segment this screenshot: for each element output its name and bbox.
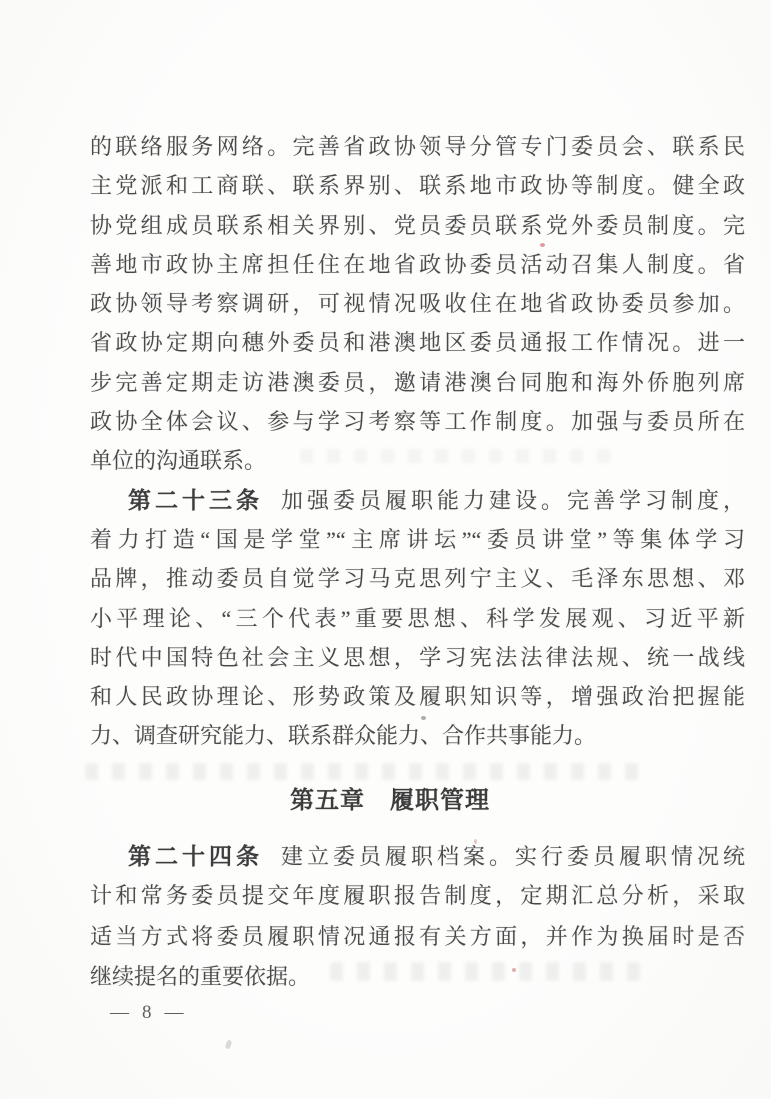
text-line: 善地市政协主席担任住在地省政协委员活动召集人制度。省: [90, 245, 745, 284]
article-23-number: 第二十三条: [128, 487, 263, 513]
chapter-heading: 第五章 履职管理: [70, 780, 710, 815]
paragraph-end-line: 单位的沟通联系。: [90, 441, 745, 480]
text-line: 计和常务委员提交年度履职报告制度，定期汇总分析，采取: [90, 876, 745, 916]
footer-dash-left: —: [110, 1002, 129, 1024]
text-line: 的联络服务网络。完善省政协领导分管专门委员会、联系民: [90, 127, 745, 166]
text-line: 步完善定期走访港澳委员，邀请港澳台同胞和海外侨胞列席: [90, 363, 745, 402]
page-footer: — 8 —: [110, 1002, 184, 1024]
text-line: 政协领导考察调研，可视情况吸收住在地省政协委员参加。: [90, 284, 745, 323]
scanned-document-page: 的联络服务网络。完善省政协领导分管专门委员会、联系民 主党派和工商联、联系界别、…: [0, 0, 771, 1099]
text-line: 时代中国特色社会主义思想，学习宪法法律法规、统一战线: [90, 638, 745, 677]
scan-artifact-gray-speck: [225, 1039, 233, 1049]
article-24-lead-line: 第二十四条建立委员履职档案。实行委员履职情况统: [90, 836, 745, 876]
page-number: 8: [142, 1002, 152, 1024]
paragraph-end-line: 力、调查研究能力、联系群众能力、合作共事能力。: [90, 716, 745, 755]
text-line: 省政协定期向穗外委员和港澳地区委员通报工作情况。进一: [90, 323, 745, 362]
text-line: 主党派和工商联、联系界别、联系地市政协等制度。健全政: [90, 166, 745, 205]
text-line: 协党组成员联系相关界别、党员委员联系党外委员制度。完: [90, 206, 745, 245]
text-line: 适当方式将委员履职情况通报有关方面，并作为换届时是否: [90, 917, 745, 957]
article-23-lead-text: 加强委员履职能力建设。完善学习制度，: [281, 488, 745, 513]
footer-dash-right: —: [165, 1002, 184, 1024]
article-24-number: 第二十四条: [128, 843, 263, 869]
paragraph-end-line: 继续提名的重要依据。: [90, 957, 745, 997]
document-body: 的联络服务网络。完善省政协领导分管专门委员会、联系民 主党派和工商联、联系界别、…: [90, 127, 745, 756]
text-line: 小平理论、“三个代表”重要思想、科学发展观、习近平新: [90, 599, 745, 638]
article-24-paragraph: 第二十四条建立委员履职档案。实行委员履职情况统 计和常务委员提交年度履职报告制度…: [90, 836, 745, 997]
text-line: 和人民政协理论、形势政策及履职知识等，增强政治把握能: [90, 677, 745, 716]
article-24-lead-text: 建立委员履职档案。实行委员履职情况统: [281, 844, 745, 869]
article-23-lead-line: 第二十三条加强委员履职能力建设。完善学习制度，: [90, 481, 745, 520]
text-line: 政协全体会议、参与学习考察等工作制度。加强与委员所在: [90, 402, 745, 441]
text-line: 着力打造“国是学堂”“主席讲坛”“委员讲堂”等集体学习: [90, 520, 745, 559]
text-line: 品牌，推动委员自觉学习马克思列宁主义、毛泽东思想、邓: [90, 559, 745, 598]
bleed-through-smudge: [85, 763, 640, 780]
